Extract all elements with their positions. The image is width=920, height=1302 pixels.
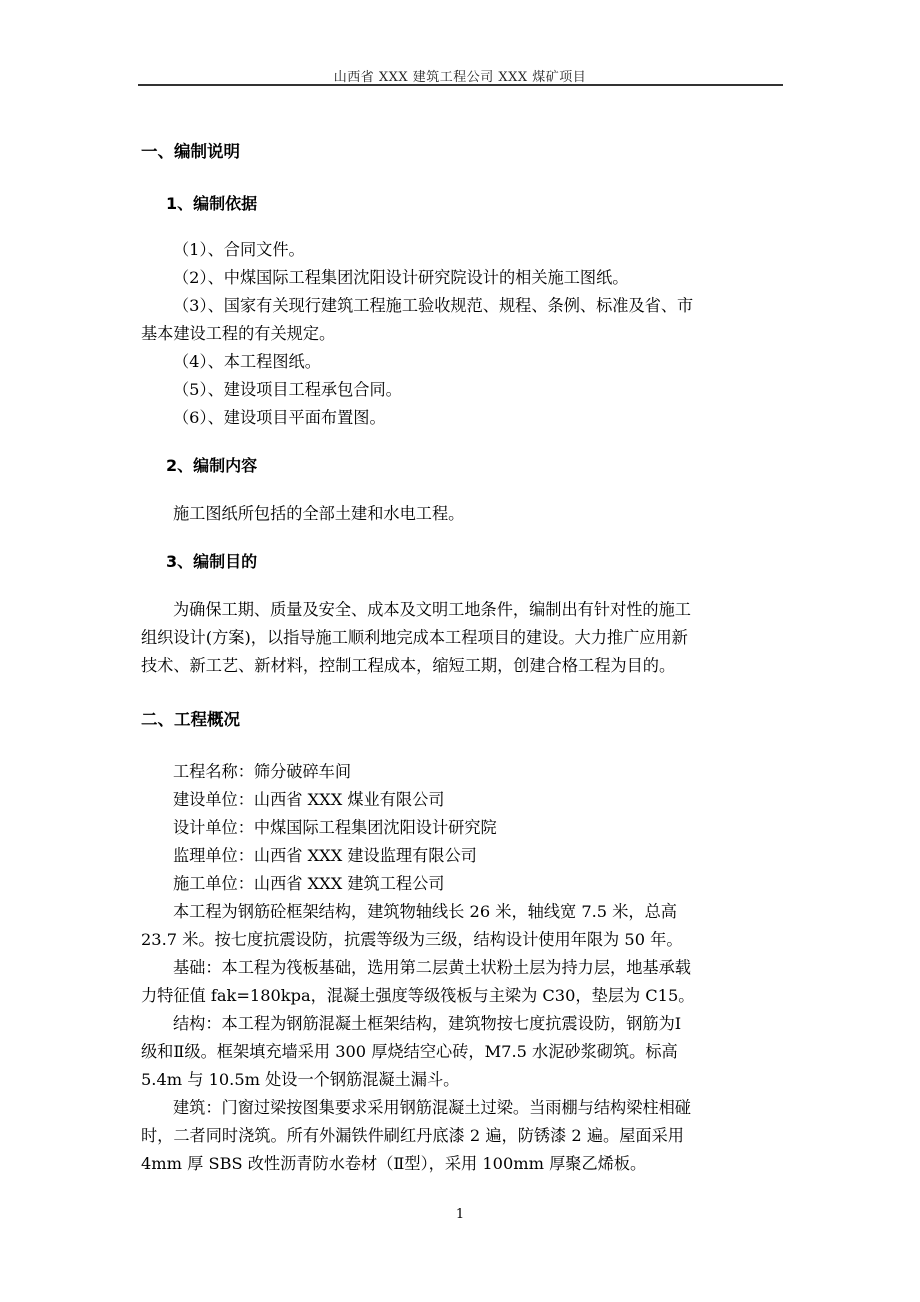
paragraph-line: 基础：本工程为筏板基础，选用第二层黄土状粉土层为持力层，地基承载 [141, 954, 815, 982]
subheading-purpose: 3、编制目的 [166, 552, 257, 572]
paragraph-line: 时，二者同时浇筑。所有外漏铁件刷红丹底漆 2 遍，防锈漆 2 遍。屋面采用 [141, 1122, 783, 1150]
subheading-content: 2、编制内容 [166, 456, 257, 476]
list-item: （3）、国家有关现行建筑工程施工验收规范、规程、条例、标准及省、市 [141, 292, 815, 320]
list-item: （4）、本工程图纸。 [141, 348, 815, 376]
list-item: （2）、中煤国际工程集团沈阳设计研究院设计的相关施工图纸。 [141, 264, 815, 292]
subheading-basis: 1、编制依据 [166, 194, 257, 214]
paragraph-line: 结构：本工程为钢筋混凝土框架结构，建筑物按七度抗震设防，钢筋为Ⅰ [141, 1010, 815, 1038]
list-item: （5）、建设项目工程承包合同。 [141, 376, 815, 404]
info-supervisor: 监理单位：山西省 XXX 建设监理有限公司 [141, 842, 815, 870]
section-heading-overview: 二、工程概况 [141, 710, 240, 730]
header-divider [138, 84, 783, 86]
info-owner: 建设单位：山西省 XXX 煤业有限公司 [141, 786, 815, 814]
info-project-name: 工程名称：筛分破碎车间 [141, 758, 815, 786]
list-item: （1）、合同文件。 [141, 236, 815, 264]
paragraph-line: 级和Ⅱ级。框架填充墙采用 300 厚烧结空心砖，M7.5 水泥砂浆砌筑。标高 [141, 1038, 783, 1066]
paragraph-line: 4mm 厚 SBS 改性沥青防水卷材（Ⅱ型），采用 100mm 厚聚乙烯板。 [141, 1150, 783, 1178]
list-item: （6）、建设项目平面布置图。 [141, 404, 815, 432]
page-number: 1 [0, 1207, 920, 1222]
info-contractor: 施工单位：山西省 XXX 建筑工程公司 [141, 870, 815, 898]
list-item-continuation: 基本建设工程的有关规定。 [141, 320, 783, 348]
section-heading-compilation: 一、编制说明 [141, 142, 240, 162]
paragraph-line: 组织设计(方案)，以指导施工顺利地完成本工程项目的建设。大力推广应用新 [141, 624, 783, 652]
paragraph-line: 建筑：门窗过梁按图集要求采用钢筋混凝土过梁。当雨棚与结构梁柱相碰 [141, 1094, 815, 1122]
info-designer: 设计单位：中煤国际工程集团沈阳设计研究院 [141, 814, 815, 842]
paragraph-line: 力特征值 fak=180kpa，混凝土强度等级筏板与主梁为 C30，垫层为 C1… [141, 982, 783, 1010]
page-header: 山西省 XXX 建筑工程公司 XXX 煤矿项目 [138, 66, 782, 85]
document-page: 山西省 XXX 建筑工程公司 XXX 煤矿项目 一、编制说明 1、编制依据 （1… [0, 0, 920, 1302]
paragraph-line: 5.4m 与 10.5m 处设一个钢筋混凝土漏斗。 [141, 1066, 783, 1094]
paragraph-line: 技术、新工艺、新材料，控制工程成本，缩短工期，创建合格工程为目的。 [141, 652, 783, 680]
paragraph: 施工图纸所包括的全部土建和水电工程。 [141, 500, 815, 528]
paragraph-line: 23.7 米。按七度抗震设防，抗震等级为三级，结构设计使用年限为 50 年。 [141, 926, 783, 954]
paragraph-line: 为确保工期、质量及安全、成本及文明工地条件，编制出有针对性的施工 [141, 596, 815, 624]
paragraph-line: 本工程为钢筋砼框架结构，建筑物轴线长 26 米，轴线宽 7.5 米，总高 [141, 898, 815, 926]
